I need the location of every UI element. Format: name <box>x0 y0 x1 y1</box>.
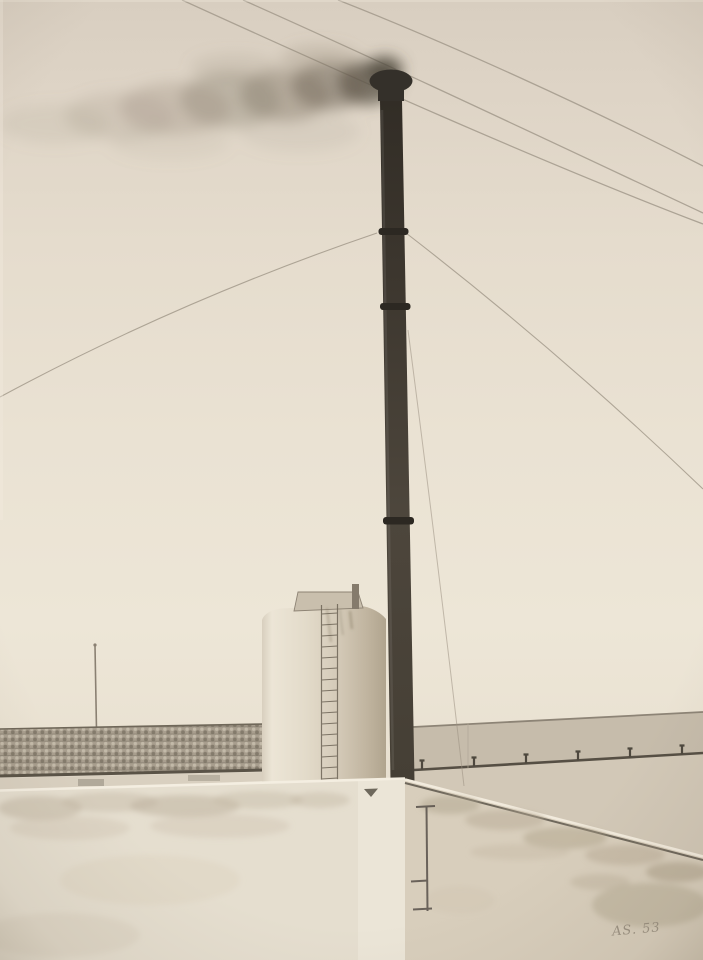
photo-vignette <box>0 0 703 960</box>
photo-scene <box>0 0 703 960</box>
photograph: AS. 53 <box>0 0 703 960</box>
